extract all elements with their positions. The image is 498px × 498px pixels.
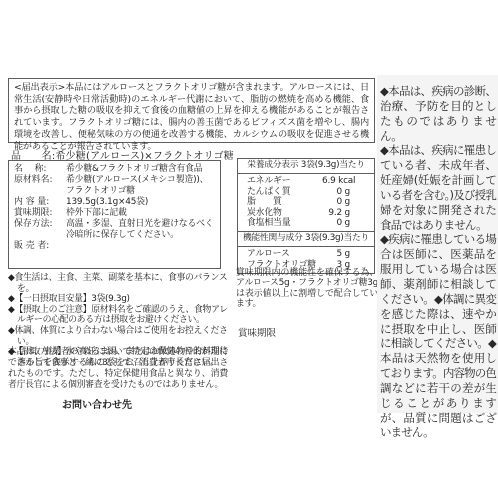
functional-value: 5 g (322, 249, 374, 260)
precaution-item: ◆【摂取上のご注意】原材料名をご確認のうえ、食物アレルギーの心配のある方は摂取を… (8, 305, 228, 326)
functional-ingredients-title: 機能性関与成分 3袋(9.3g)当たり (238, 232, 374, 247)
side-note-paragraph: ◆本品は、疾病の診断、治療、予防を目的としたものではありません。 (380, 84, 496, 143)
nutrition-facts-table: 栄養成分表示 3袋(9.3g)当たり エネルギー 6.9 kcal たんぱく質 … (237, 158, 375, 233)
surplus-formulation-note: 賞味期限内の機能性を確保する為、アルロース5g・フラクトオリゴ糖3gは表示値以上… (236, 268, 378, 310)
fnfc-disclaimer: 本品は、事業者の責任において特定の保健の目的が期待できる旨を表示するものとして、… (8, 347, 228, 391)
nutrition-label: エネルギー (238, 176, 322, 187)
spec-value: 139.5g(3.1g×45袋) (66, 197, 216, 208)
side-note-paragraph: ◆疾病に罹患している場合は医師に、医薬品を服用している場合は医師、薬剤師に相談し… (380, 232, 496, 440)
spec-row-seller: 販 売 者: (14, 241, 216, 252)
nutrition-facts-title: 栄養成分表示 3袋(9.3g)当たり (238, 159, 374, 174)
precaution-item: ◆食生活は、主食、主菜、副菜を基本に、食事のバランスを。 (8, 273, 228, 294)
spec-row-ingredients: 原材料名: 希少糖(アルロース(メキシコ製造))、フラクトオリゴ糖 (14, 175, 216, 197)
product-label-sheet: <届出表示>本品にはアルロースとフラクトオリゴ糖が含まれます。アルロースには、日… (0, 0, 498, 498)
nutrition-row-protein: たんぱく質 0 g (238, 187, 374, 198)
nutrition-row-salt: 食塩相当量 0 g (238, 218, 374, 229)
spec-label: 内 容 量: (14, 197, 66, 208)
spec-value: 希少糖(アルロース(メキシコ製造))、フラクトオリゴ糖 (66, 175, 216, 197)
spec-label: 販 売 者: (14, 241, 66, 252)
side-note-paragraph: ◆本品は、疾病に罹患している者、未成年者、妊産婦(妊娠を計画している者を含む。)… (380, 143, 496, 232)
spec-value: 枠外下部に記載 (66, 208, 216, 219)
spec-value: 希少糖&フラクトオリゴ糖含有食品 (66, 164, 216, 175)
spec-label: 名 称: (14, 164, 66, 175)
nutrition-value: 9.2 g (322, 208, 374, 219)
spec-value (66, 241, 216, 252)
nutrition-row-carbohydrate: 炭水化物 9.2 g (238, 208, 374, 219)
nutrition-label: 脂 質 (238, 197, 322, 208)
nutrition-value: 0 g (322, 218, 374, 229)
spec-table: 名 称: 希少糖&フラクトオリゴ糖含有食品 原材料名: 希少糖(アルロース(メキ… (8, 160, 221, 269)
spec-value: 高温・多湿、直射日光を避けなるべく冷暗所に保存してください。 (66, 219, 216, 241)
best-before-label: 賞味期限 (238, 325, 276, 339)
spec-row-best-before: 賞味期限: 枠外下部に記載 (14, 208, 216, 219)
precaution-item: ◆体調、体質により合わない場合はご使用をお控えください。 (8, 326, 228, 347)
functional-label: アルロース (238, 249, 322, 260)
spec-row-net-content: 内 容 量: 139.5g(3.1g×45袋) (14, 197, 216, 208)
spec-row-storage: 保存方法: 高温・多湿、直射日光を避けなるべく冷暗所に保存してください。 (14, 219, 216, 241)
functional-row-allulose: アルロース 5 g (238, 249, 374, 260)
nutrition-value: 6.9 kcal (322, 176, 374, 187)
spec-label: 原材料名: (14, 175, 66, 197)
nutrition-label: 食塩相当量 (238, 218, 322, 229)
precaution-item: ◆【一日摂取目安量】3袋(9.3g) (8, 294, 228, 305)
nutrition-value: 0 g (322, 187, 374, 198)
nutrition-label: 炭水化物 (238, 208, 322, 219)
side-notes-panel: ◆本品は、疾病の診断、治療、予防を目的としたものではありません。 ◆本品は、疾病… (377, 75, 498, 413)
contact-heading: お問い合わせ先 (62, 396, 132, 411)
spec-label: 保存方法: (14, 219, 66, 241)
nutrition-row-fat: 脂 質 0 g (238, 197, 374, 208)
nutrition-value: 0 g (322, 197, 374, 208)
nutrition-row-energy: エネルギー 6.9 kcal (238, 176, 374, 187)
notification-statement-box: <届出表示>本品にはアルロースとフラクトオリゴ糖が含まれます。アルロースには、日… (8, 78, 375, 143)
spec-label: 賞味期限: (14, 208, 66, 219)
spec-row-name: 名 称: 希少糖&フラクトオリゴ糖含有食品 (14, 164, 216, 175)
nutrition-label: たんぱく質 (238, 187, 322, 198)
